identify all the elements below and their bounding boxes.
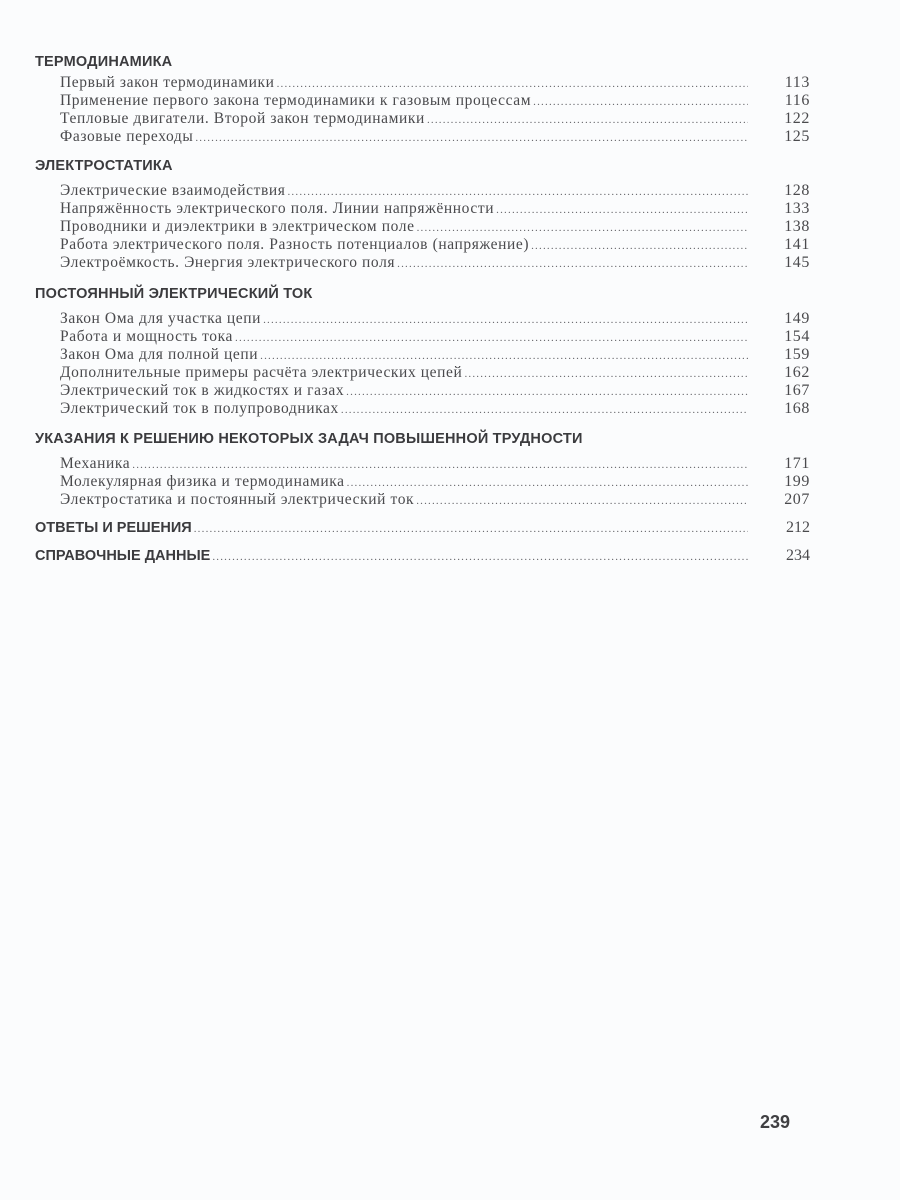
toc-entry[interactable]: Работа и мощность тока154 [35,328,810,346]
dot-leader [235,329,748,347]
dot-leader [260,347,748,365]
toc-entry[interactable]: Механика171 [35,455,810,473]
toc-entry[interactable]: Закон Ома для участка цепи149 [35,310,810,328]
toc-section-hard-problems-hints: УКАЗАНИЯ К РЕШЕНИЮ НЕКОТОРЫХ ЗАДАЧ ПОВЫШ… [35,429,810,509]
entry-label: Фазовые переходы [60,128,193,146]
dot-leader [417,219,748,237]
toc-section-electrostatics: ЭЛЕКТРОСТАТИКА Электрические взаимодейст… [35,156,810,272]
entry-page: 168 [752,400,810,418]
dot-leader [531,237,748,255]
entry-page: 199 [752,473,810,491]
entry-label: Проводники и диэлектрики в электрическом… [60,218,415,236]
entry-page: 122 [752,110,810,128]
entry-label: Напряжённость электрического поля. Линии… [60,200,494,218]
entry-page: 133 [752,200,810,218]
section-title: ЭЛЕКТРОСТАТИКА [35,156,810,176]
dot-leader [263,311,748,329]
toc-section-direct-current: ПОСТОЯННЫЙ ЭЛЕКТРИЧЕСКИЙ ТОК Закон Ома д… [35,284,810,418]
entry-label: Первый закон термодинамики [60,74,275,92]
entry-label: ОТВЕТЫ И РЕШЕНИЯ [35,517,192,539]
dot-leader [397,255,748,273]
dot-leader [287,183,748,201]
toc-entry[interactable]: Дополнительные примеры расчёта электриче… [35,364,810,382]
entry-label: Работа электрического поля. Разность пот… [60,236,529,254]
dot-leader [416,492,748,510]
entry-page: 234 [752,545,810,567]
entry-page: 116 [752,92,810,110]
page-number: 239 [760,1112,790,1133]
entry-page: 138 [752,218,810,236]
entry-label: Механика [60,455,130,473]
toc-entry[interactable]: Тепловые двигатели. Второй закон термоди… [35,110,810,128]
section-title: ПОСТОЯННЫЙ ЭЛЕКТРИЧЕСКИЙ ТОК [35,284,810,304]
table-of-contents: ТЕРМОДИНАМИКА Первый закон термодинамики… [35,50,810,567]
entry-page: 167 [752,382,810,400]
entry-page: 154 [752,328,810,346]
entry-page: 207 [752,491,810,509]
entry-label: Применение первого закона термодинамики … [60,92,531,110]
toc-entry[interactable]: Электроёмкость. Энергия электрического п… [35,254,810,272]
entry-page: 159 [752,346,810,364]
dot-leader [464,365,748,383]
dot-leader [341,401,748,419]
dot-leader [496,201,748,219]
dot-leader [194,518,748,540]
entry-label: Электрический ток в жидкостях и газах [60,382,344,400]
entry-label: Закон Ома для участка цепи [60,310,261,328]
toc-entry[interactable]: Молекулярная физика и термодинамика199 [35,473,810,491]
entry-label: Дополнительные примеры расчёта электриче… [60,364,462,382]
dot-leader [132,456,748,474]
entry-label: СПРАВОЧНЫЕ ДАННЫЕ [35,545,210,567]
toc-entry[interactable]: Электростатика и постоянный электрически… [35,491,810,509]
dot-leader [427,111,748,129]
toc-entry-reference-data[interactable]: СПРАВОЧНЫЕ ДАННЫЕ234 [35,545,810,567]
entry-page: 145 [752,254,810,272]
toc-entry[interactable]: Проводники и диэлектрики в электрическом… [35,218,810,236]
entry-page: 113 [752,74,810,92]
dot-leader [347,474,748,492]
toc-entry[interactable]: Электрические взаимодействия128 [35,182,810,200]
dot-leader [195,129,748,147]
toc-section-thermodynamics: ТЕРМОДИНАМИКА Первый закон термодинамики… [35,52,810,146]
entry-page: 162 [752,364,810,382]
dot-leader [346,383,748,401]
entry-label: Электростатика и постоянный электрически… [60,491,414,509]
entry-label: Тепловые двигатели. Второй закон термоди… [60,110,425,128]
entry-label: Работа и мощность тока [60,328,233,346]
dot-leader [212,546,748,568]
toc-entry-answers[interactable]: ОТВЕТЫ И РЕШЕНИЯ212 [35,517,810,539]
entry-page: 125 [752,128,810,146]
toc-entry[interactable]: Фазовые переходы125 [35,128,810,146]
toc-entry[interactable]: Электрический ток в полупроводниках168 [35,400,810,418]
entry-label: Электрические взаимодействия [60,182,285,200]
dot-leader [277,75,748,93]
entry-page: 149 [752,310,810,328]
toc-entry[interactable]: Первый закон термодинамики113 [35,74,810,92]
entry-page: 212 [752,517,810,539]
entry-label: Электроёмкость. Энергия электрического п… [60,254,395,272]
entry-label: Закон Ома для полной цепи [60,346,258,364]
dot-leader [533,93,748,111]
entry-page: 128 [752,182,810,200]
toc-entry[interactable]: Применение первого закона термодинамики … [35,92,810,110]
toc-entry[interactable]: Закон Ома для полной цепи159 [35,346,810,364]
section-title: ТЕРМОДИНАМИКА [35,52,810,72]
toc-entry[interactable]: Работа электрического поля. Разность пот… [35,236,810,254]
toc-entry[interactable]: Напряжённость электрического поля. Линии… [35,200,810,218]
entry-label: Молекулярная физика и термодинамика [60,473,345,491]
entry-page: 171 [752,455,810,473]
section-title: УКАЗАНИЯ К РЕШЕНИЮ НЕКОТОРЫХ ЗАДАЧ ПОВЫШ… [35,429,810,449]
toc-entry[interactable]: Электрический ток в жидкостях и газах167 [35,382,810,400]
entry-label: Электрический ток в полупроводниках [60,400,339,418]
entry-page: 141 [752,236,810,254]
